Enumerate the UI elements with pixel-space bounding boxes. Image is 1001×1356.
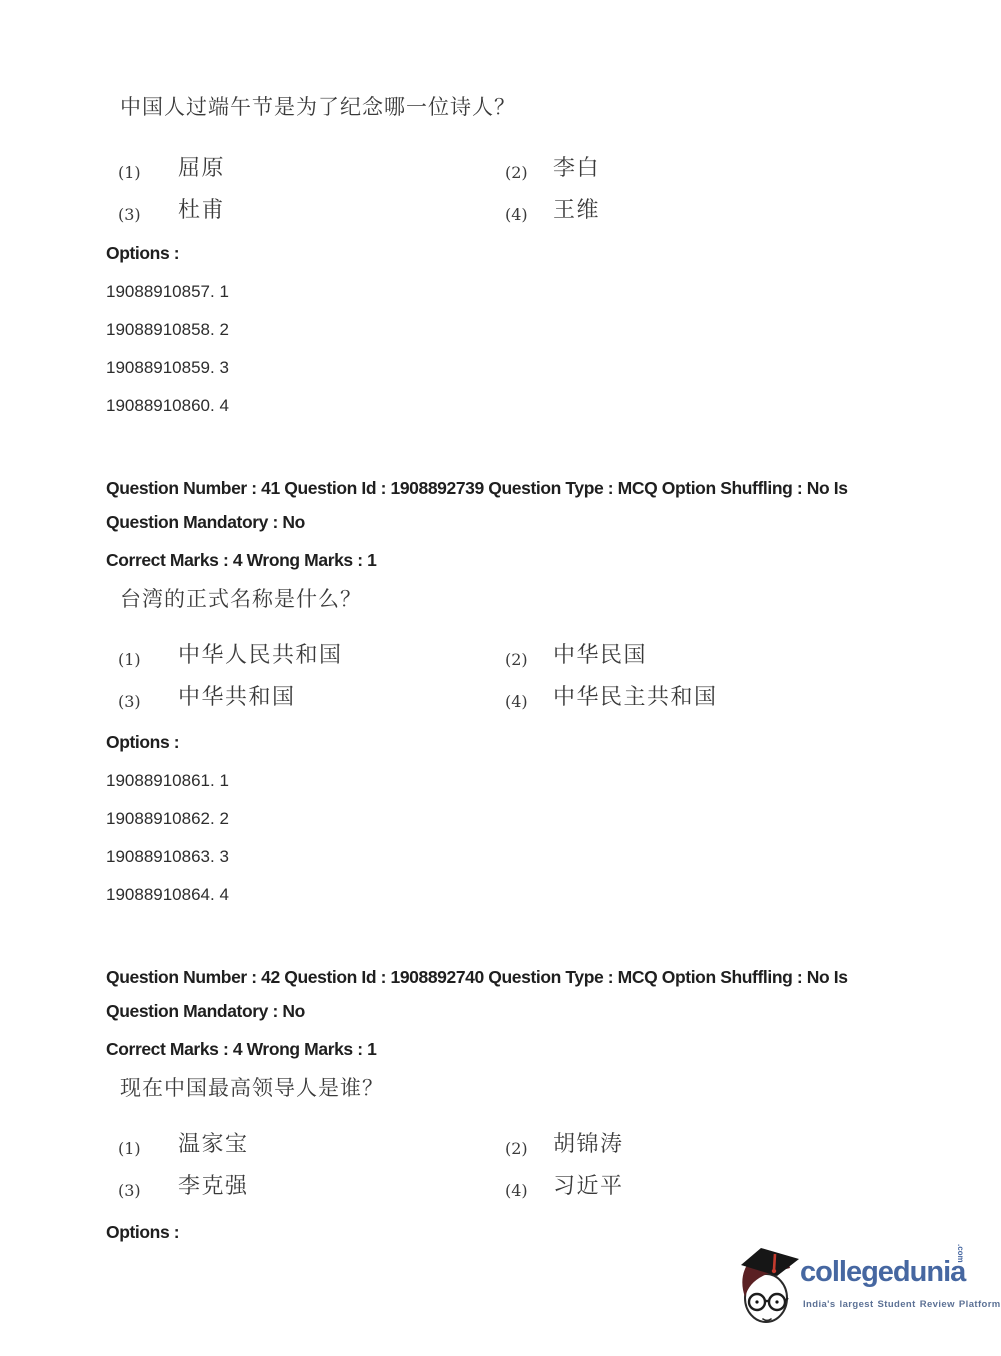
question-42-meta-line2: Question Mandatory : No	[106, 1001, 305, 1023]
exam-document-page: 中国人过端午节是为了纪念哪一位诗人？ (1) 屈原 (2) 李白 (3) 杜甫 …	[0, 0, 1001, 1356]
question-41-text: 台湾的正式名称是什么？	[120, 586, 362, 612]
option-id: 19088910860. 4	[106, 395, 229, 416]
question-42-meta-line1: Question Number : 42 Question Id : 19088…	[106, 967, 848, 989]
choice-marker-4: (4)	[505, 692, 528, 712]
question-41-meta-line3: Correct Marks : 4 Wrong Marks : 1	[106, 550, 376, 572]
choice-marker-1: (1)	[118, 650, 141, 670]
choice-marker-3: (3)	[118, 692, 141, 712]
question-42-text: 现在中国最高领导人是谁？	[120, 1075, 384, 1101]
choice-text-1: 屈原	[178, 155, 225, 183]
question-41-meta-line1: Question Number : 41 Question Id : 19088…	[106, 478, 848, 500]
choice-marker-3: (3)	[118, 1181, 141, 1201]
choice-text-3: 李克强	[178, 1173, 249, 1201]
question-40-text: 中国人过端午节是为了纪念哪一位诗人？	[120, 94, 516, 120]
brand-wordmark: collegedunia	[800, 1258, 965, 1287]
option-id: 19088910858. 2	[106, 319, 229, 340]
choice-marker-4: (4)	[505, 1181, 528, 1201]
choice-marker-1: (1)	[118, 163, 141, 183]
question-41-meta-line2: Question Mandatory : No	[106, 512, 305, 534]
option-id: 19088910862. 2	[106, 808, 229, 829]
choice-text-2: 李白	[553, 155, 600, 183]
choice-marker-3: (3)	[118, 205, 141, 225]
choice-text-3: 杜甫	[178, 197, 225, 225]
collegedunia-logo: collegedunia.com	[800, 1258, 984, 1287]
options-heading: Options :	[106, 732, 179, 754]
student-mascot-icon	[736, 1245, 802, 1340]
choice-marker-2: (2)	[505, 163, 528, 183]
option-id: 19088910863. 3	[106, 846, 229, 867]
choice-marker-2: (2)	[505, 1139, 528, 1159]
options-heading: Options :	[106, 1222, 179, 1244]
option-id: 19088910857. 1	[106, 281, 229, 302]
choice-marker-4: (4)	[505, 205, 528, 225]
choice-text-3: 中华共和国	[178, 684, 296, 712]
choice-text-1: 温家宝	[178, 1131, 249, 1159]
choice-text-4: 中华民主共和国	[553, 684, 718, 712]
option-id: 19088910859. 3	[106, 357, 229, 378]
option-id: 19088910864. 4	[106, 884, 229, 905]
choice-text-4: 王维	[553, 197, 600, 225]
brand-suffix: .com	[956, 1244, 965, 1263]
choice-text-2: 中华民国	[553, 642, 647, 670]
choice-text-2: 胡锦涛	[553, 1131, 624, 1159]
options-heading: Options :	[106, 243, 179, 265]
question-42-meta-line3: Correct Marks : 4 Wrong Marks : 1	[106, 1039, 376, 1061]
option-id: 19088910861. 1	[106, 770, 229, 791]
choice-marker-2: (2)	[505, 650, 528, 670]
choice-text-1: 中华人民共和国	[178, 642, 343, 670]
choice-marker-1: (1)	[118, 1139, 141, 1159]
choice-text-4: 习近平	[553, 1173, 624, 1201]
brand-tagline: India's largest Student Review Platform	[803, 1299, 1001, 1310]
